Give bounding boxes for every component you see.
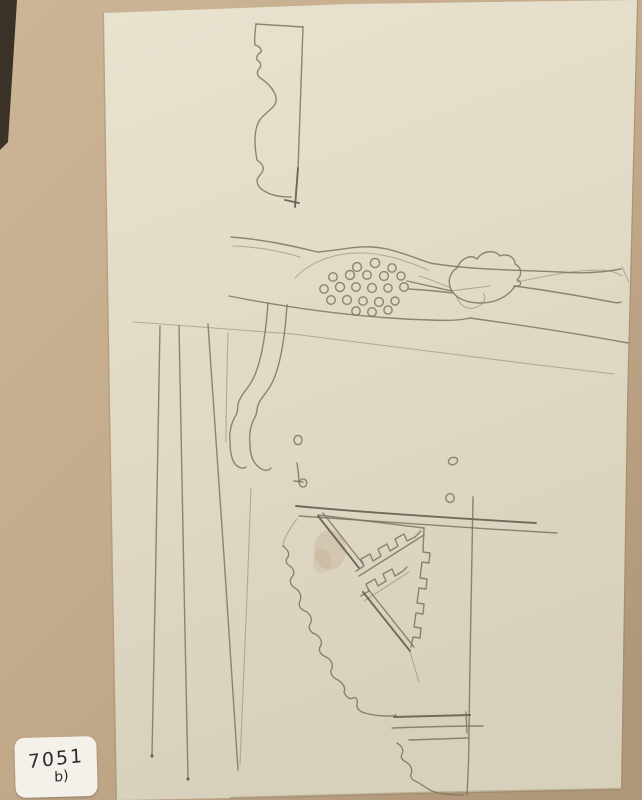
smudge-small [313, 549, 331, 573]
catalog-suffix: b) [54, 769, 69, 786]
catalog-number: 7051 [27, 746, 84, 772]
catalog-label-sticker: 7051 b) [14, 736, 98, 798]
sketch-canvas [0, 0, 642, 800]
photo-of-sketch: 7051 b) [0, 0, 642, 800]
sketch-paper [104, 0, 637, 800]
